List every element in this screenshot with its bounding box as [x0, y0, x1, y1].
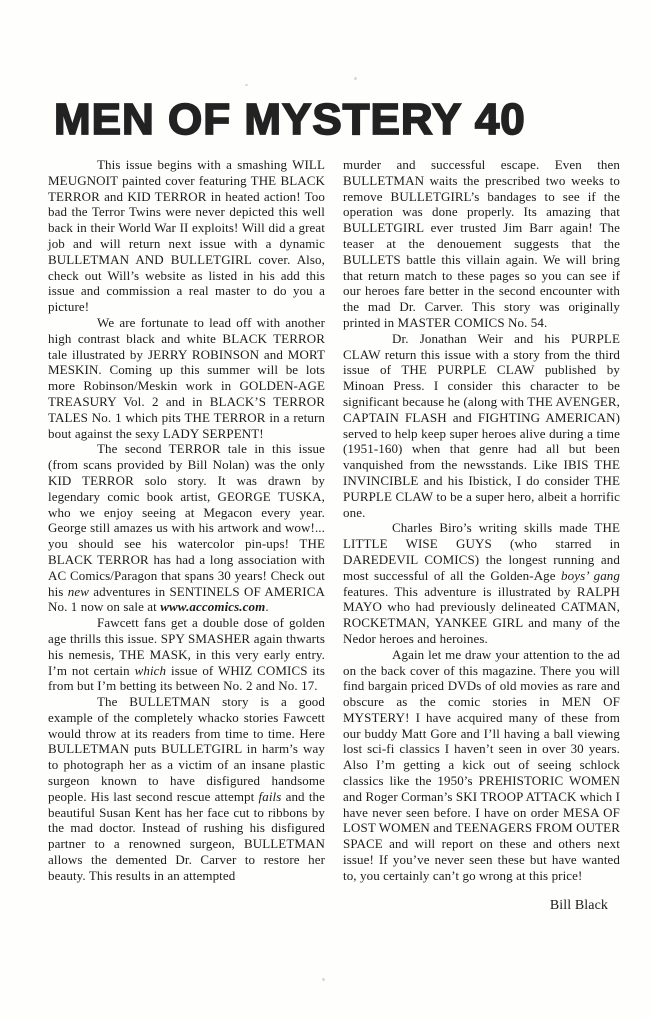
right-column: murder and successful escape. Even then …: [343, 157, 620, 913]
scan-speck: [322, 978, 325, 981]
paragraph: Dr. Jonathan Weir and his PURPLE CLAW re…: [343, 331, 620, 521]
paragraph: The BULLETMAN story is a good example of…: [48, 694, 325, 884]
scan-speck: [354, 77, 357, 80]
paragraph: Again let me draw your attention to the …: [343, 647, 620, 884]
signature: Bill Black: [343, 898, 620, 914]
right-column-paragraphs: murder and successful escape. Even then …: [343, 157, 620, 884]
text-columns: This issue begins with a smashing WILL M…: [48, 157, 621, 913]
paragraph: murder and successful escape. Even then …: [343, 157, 620, 331]
page-title: MEN OF MYSTERY 40: [54, 98, 621, 142]
magazine-editorial-page: MEN OF MYSTERY 40 This issue begins with…: [0, 0, 651, 1019]
paragraph: We are fortunate to lead off with anothe…: [48, 315, 325, 441]
scan-speck: [245, 84, 248, 86]
left-column-paragraphs: This issue begins with a smashing WILL M…: [48, 157, 325, 884]
left-column: This issue begins with a smashing WILL M…: [48, 157, 325, 913]
paragraph: Fawcett fans get a double dose of golden…: [48, 615, 325, 694]
paragraph: Charles Biro’s writing skills made THE L…: [343, 520, 620, 646]
paragraph: This issue begins with a smashing WILL M…: [48, 157, 325, 315]
paragraph: The second TERROR tale in this issue (fr…: [48, 441, 325, 615]
